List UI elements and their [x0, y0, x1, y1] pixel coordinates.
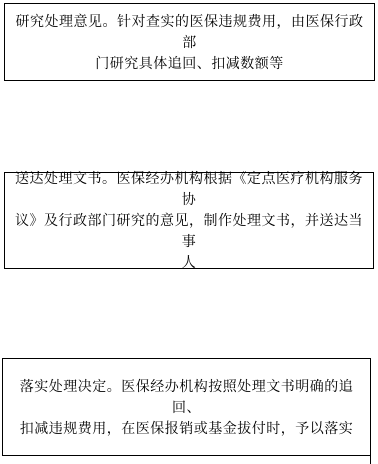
flow-step-deliver-document: 送达处理文书。医保经办机构根据《定点医疗机构服务 协 议》及行政部门研究的意见，…: [4, 172, 374, 269]
flow-step-research-opinion-text: 研究处理意见。针对查实的医保违规费用，由医保行政 部 门研究具体追回、扣减数额等: [5, 11, 374, 74]
flow-step-research-opinion: 研究处理意见。针对查实的医保违规费用，由医保行政 部 门研究具体追回、扣减数额等: [4, 3, 375, 81]
flow-step-deliver-document-text: 送达处理文书。医保经办机构根据《定点医疗机构服务 协 议》及行政部门研究的意见，…: [5, 168, 373, 273]
flow-step-implement-decision: 落实处理决定。医保经办机构按照处理文书明确的追回、 扣减违规费用，在医保报销或基…: [2, 358, 371, 456]
box3-right-border-tail: [370, 455, 371, 464]
flow-step-implement-decision-text: 落实处理决定。医保经办机构按照处理文书明确的追回、 扣减违规费用，在医保报销或基…: [3, 376, 370, 439]
flowchart-canvas: 研究处理意见。针对查实的医保违规费用，由医保行政 部 门研究具体追回、扣减数额等…: [0, 0, 378, 464]
